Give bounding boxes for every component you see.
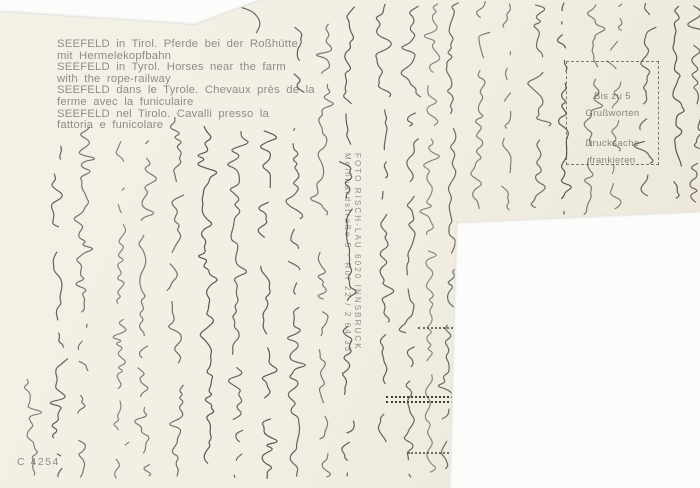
handwriting-column xyxy=(256,131,279,479)
handwriting-column xyxy=(134,141,156,476)
handwriting-column xyxy=(226,131,248,477)
handwriting-column xyxy=(24,379,42,475)
postcard-back: SEEFELD in Tirol. Pferde bei der Roßhütt… xyxy=(0,0,700,488)
handwriting-column xyxy=(633,3,656,210)
handwriting-column xyxy=(50,146,70,477)
handwriting-column xyxy=(662,6,685,211)
handwriting-column xyxy=(418,4,440,472)
postcard-paper: SEEFELD in Tirol. Pferde bei der Roßhütt… xyxy=(0,0,700,488)
handwriting-column xyxy=(471,1,490,208)
handwriting-column xyxy=(606,4,622,209)
handwriting-column xyxy=(309,24,334,477)
handwriting-column xyxy=(584,5,605,215)
handwriting-column xyxy=(294,27,305,92)
handwriting-column xyxy=(240,7,260,33)
handwriting-column xyxy=(373,4,396,478)
handwriting-column xyxy=(527,5,552,208)
handwriting-column xyxy=(166,117,185,476)
handwriting-column xyxy=(438,3,460,469)
handwriting-column xyxy=(337,7,358,476)
handwriting-column xyxy=(398,6,421,477)
handwriting-column xyxy=(112,142,131,479)
handwriting-column xyxy=(556,3,572,214)
handwriting-column xyxy=(284,129,307,477)
postcard-scan: SEEFELD in Tirol. Pferde bei der Roßhütt… xyxy=(0,0,700,488)
handwriting-column xyxy=(72,127,94,477)
handwriting-column xyxy=(502,4,512,210)
handwriting-column xyxy=(687,6,700,202)
handwriting-overlay xyxy=(0,0,700,488)
handwriting-column xyxy=(196,126,218,476)
